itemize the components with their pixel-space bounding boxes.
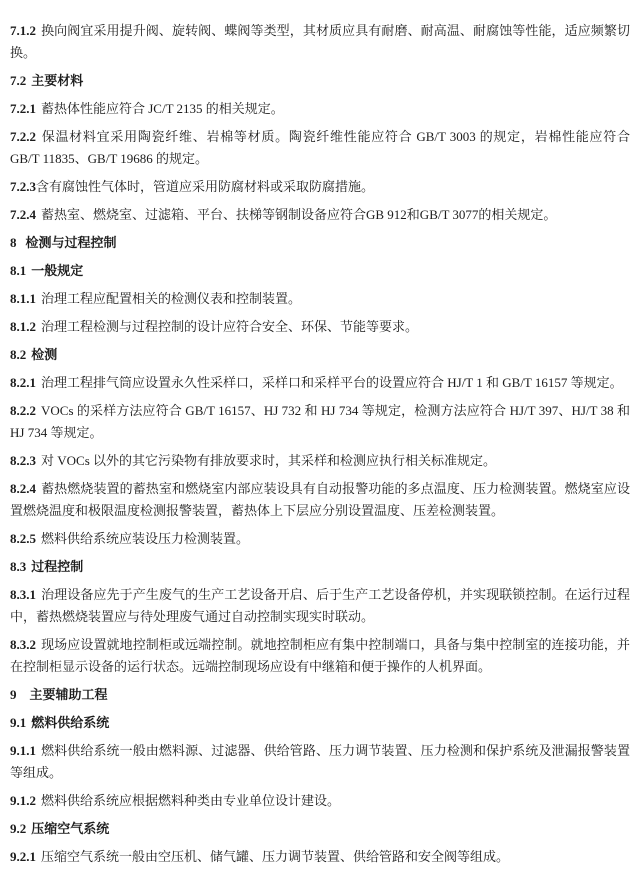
clause-text: 换向阀宜采用提升阀、旋转阀、蝶阀等类型，其材质应具有耐磨、耐高温、耐腐蚀等性能，…	[10, 23, 630, 60]
clause-9.1.1: 9.1.1燃料供给系统一般由燃料源、过滤器、供给管路、压力调节装置、压力检测和保…	[10, 740, 630, 784]
clause-text: 治理工程排气筒应设置永久性采样口，采样口和采样平台的设置应符合 HJ/T 1 和…	[41, 375, 623, 390]
heading-text: 压缩空气系统	[31, 821, 109, 836]
clause-text: 蓄热室、燃烧室、过滤箱、平台、扶梯等钢制设备应符合GB 912和GB/T 307…	[41, 207, 556, 222]
heading-8.2: 8.2检测	[10, 344, 630, 366]
heading-7.2: 7.2主要材料	[10, 70, 630, 92]
clause-text: 蓄热燃烧装置的蓄热室和燃烧室内部应装设具有自动报警功能的多点温度、压力检测装置。…	[10, 481, 630, 518]
clause-text: 治理工程应配置相关的检测仪表和控制装置。	[41, 291, 301, 306]
clause-text: 压缩空气系统一般由空压机、储气罐、压力调节装置、供给管路和安全阀等组成。	[41, 849, 509, 864]
clause-text: 含有腐蚀性气体时，管道应采用防腐材料或采取防腐措施。	[36, 179, 374, 194]
clause-text: 治理设备应先于产生废气的生产工艺设备开启、后于生产工艺设备停机，并实现联锁控制。…	[10, 587, 630, 624]
clause-8.3.2: 8.3.2现场应设置就地控制柜或远端控制。就地控制柜应有集中控制端口，具备与集中…	[10, 634, 630, 678]
heading-9.1: 9.1燃料供给系统	[10, 712, 630, 734]
clause-8.3.1: 8.3.1治理设备应先于产生废气的生产工艺设备开启、后于生产工艺设备停机，并实现…	[10, 584, 630, 628]
clause-number: 9.1.2	[10, 793, 36, 808]
clause-text: VOCs 的采样方法应符合 GB/T 16157、HJ 732 和 HJ 734…	[10, 403, 630, 440]
clause-8.2.4: 8.2.4蓄热燃烧装置的蓄热室和燃烧室内部应装设具有自动报警功能的多点温度、压力…	[10, 478, 630, 522]
heading-text: 一般规定	[31, 263, 83, 278]
clause-number: 8.3.1	[10, 587, 36, 602]
clause-8.1.2: 8.1.2治理工程检测与过程控制的设计应符合安全、环保、节能等要求。	[10, 316, 630, 338]
heading-text: 主要辅助工程	[30, 687, 108, 702]
heading-8.1: 8.1一般规定	[10, 260, 630, 282]
clause-number: 7.2.3	[10, 179, 36, 194]
heading-number: 9.1	[10, 715, 26, 730]
heading-text: 过程控制	[31, 559, 83, 574]
clause-text: 保温材料宜采用陶瓷纤维、岩棉等材质。陶瓷纤维性能应符合 GB/T 3003 的规…	[10, 129, 630, 166]
clause-number: 8.2.3	[10, 453, 36, 468]
heading-text: 检测	[31, 347, 57, 362]
clause-text: 燃料供给系统应根据燃料种类由专业单位设计建设。	[41, 793, 340, 808]
heading-number: 7.2	[10, 73, 26, 88]
clause-text: 对 VOCs 以外的其它污染物有排放要求时，其采样和检测应执行相关标准规定。	[41, 453, 496, 468]
heading-number: 8.1	[10, 263, 26, 278]
clause-number: 7.2.2	[10, 129, 36, 144]
clause-text: 蓄热体性能应符合 JC/T 2135 的相关规定。	[41, 101, 284, 116]
clause-8.2.1: 8.2.1治理工程排气筒应设置永久性采样口，采样口和采样平台的设置应符合 HJ/…	[10, 372, 630, 394]
heading-9: 9主要辅助工程	[10, 684, 630, 706]
clause-number: 7.1.2	[10, 23, 36, 38]
heading-9.2: 9.2压缩空气系统	[10, 818, 630, 840]
clause-number: 9.1.1	[10, 743, 36, 758]
heading-number: 8	[10, 235, 17, 250]
clause-9.1.2: 9.1.2燃料供给系统应根据燃料种类由专业单位设计建设。	[10, 790, 630, 812]
clause-8.2.2: 8.2.2VOCs 的采样方法应符合 GB/T 16157、HJ 732 和 H…	[10, 400, 630, 444]
clause-text: 治理工程检测与过程控制的设计应符合安全、环保、节能等要求。	[41, 319, 418, 334]
clause-7.2.4: 7.2.4蓄热室、燃烧室、过滤箱、平台、扶梯等钢制设备应符合GB 912和GB/…	[10, 204, 630, 226]
clause-9.2.1: 9.2.1压缩空气系统一般由空压机、储气罐、压力调节装置、供给管路和安全阀等组成…	[10, 846, 630, 868]
heading-number: 8.3	[10, 559, 26, 574]
clause-number: 8.1.2	[10, 319, 36, 334]
heading-number: 9	[10, 687, 17, 702]
clause-8.2.5: 8.2.5燃料供给系统应装设压力检测装置。	[10, 528, 630, 550]
heading-number: 9.2	[10, 821, 26, 836]
clause-number: 9.2.1	[10, 849, 36, 864]
clause-text: 燃料供给系统应装设压力检测装置。	[41, 531, 249, 546]
clause-number: 8.2.2	[10, 403, 36, 418]
clause-number: 7.2.1	[10, 101, 36, 116]
clause-number: 7.2.4	[10, 207, 36, 222]
heading-text: 检测与过程控制	[26, 235, 117, 250]
clause-number: 8.2.5	[10, 531, 36, 546]
clause-8.1.1: 8.1.1治理工程应配置相关的检测仪表和控制装置。	[10, 288, 630, 310]
heading-text: 主要材料	[31, 73, 83, 88]
clause-7.2.1: 7.2.1蓄热体性能应符合 JC/T 2135 的相关规定。	[10, 98, 630, 120]
heading-8: 8检测与过程控制	[10, 232, 630, 254]
heading-number: 8.2	[10, 347, 26, 362]
clause-number: 8.2.4	[10, 481, 36, 496]
heading-8.3: 8.3过程控制	[10, 556, 630, 578]
clause-number: 8.1.1	[10, 291, 36, 306]
clause-7.2.3: 7.2.3含有腐蚀性气体时，管道应采用防腐材料或采取防腐措施。	[10, 176, 630, 198]
clause-number: 8.3.2	[10, 637, 36, 652]
clause-7.1.2: 7.1.2换向阀宜采用提升阀、旋转阀、蝶阀等类型，其材质应具有耐磨、耐高温、耐腐…	[10, 20, 630, 64]
clause-number: 8.2.1	[10, 375, 36, 390]
document-page: 7.1.2换向阀宜采用提升阀、旋转阀、蝶阀等类型，其材质应具有耐磨、耐高温、耐腐…	[0, 0, 640, 869]
heading-text: 燃料供给系统	[31, 715, 109, 730]
clause-8.2.3: 8.2.3对 VOCs 以外的其它污染物有排放要求时，其采样和检测应执行相关标准…	[10, 450, 630, 472]
clause-7.2.2: 7.2.2保温材料宜采用陶瓷纤维、岩棉等材质。陶瓷纤维性能应符合 GB/T 30…	[10, 126, 630, 170]
clause-text: 燃料供给系统一般由燃料源、过滤器、供给管路、压力调节装置、压力检测和保护系统及泄…	[10, 743, 630, 780]
clause-text: 现场应设置就地控制柜或远端控制。就地控制柜应有集中控制端口，具备与集中控制室的连…	[10, 637, 630, 674]
